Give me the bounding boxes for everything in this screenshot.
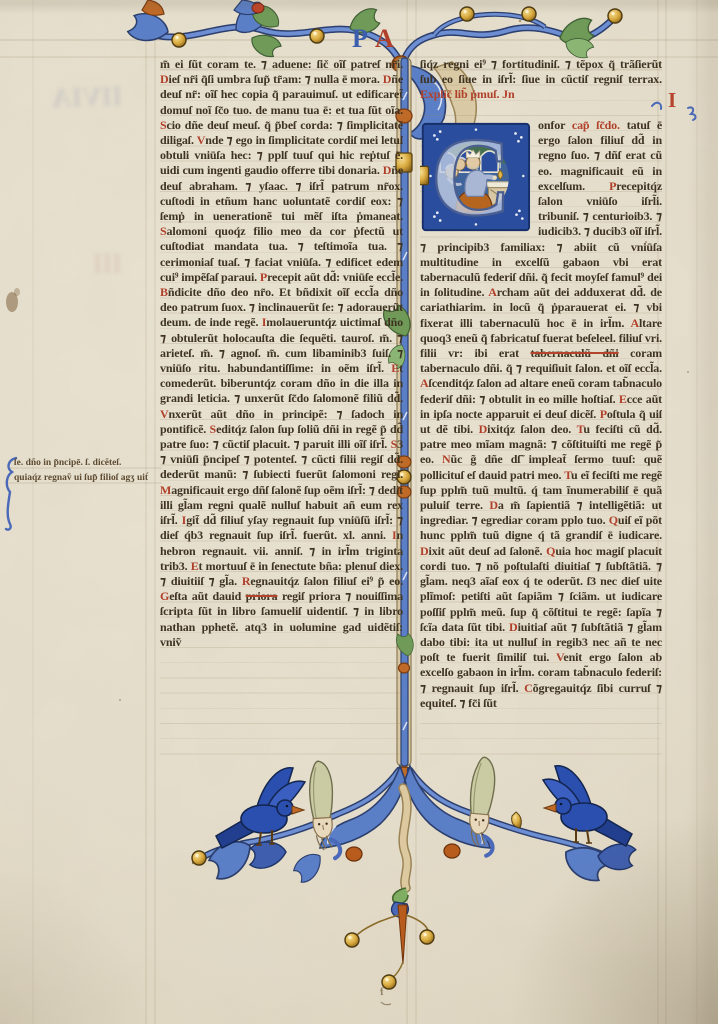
bird-icon-left — [216, 768, 305, 848]
quire-mark: f — [380, 986, 385, 998]
running-title-letter-a: A — [375, 24, 394, 54]
margin-gloss: ſe. dño in p̃ncipē. ſ. dicẽteſ. quiaq́z … — [14, 456, 162, 485]
illuminated-initial-C: C — [420, 120, 531, 234]
bottom-vine-border — [192, 756, 636, 1004]
bird-icon-right — [543, 766, 632, 846]
column-right-intro-lines: ſiq́z regni ei⁹ ⁊ fortitudiniſ. ⁊ tẽpox … — [420, 57, 662, 118]
gloss-line: quiaq́z regnaṽ ui ſup̃ filioſ agʒ uit́ — [14, 471, 162, 486]
chapter-numeral: I — [668, 88, 676, 113]
text-column-left: m̃ ei ſũt coram te. ⁊ aduene: ſič oĩſ pa… — [160, 57, 403, 757]
gloss-line: ſe. dño in p̃ncipē. ſ. dicẽteſ. — [14, 456, 162, 471]
gold-tab-icon — [420, 166, 429, 184]
column-right-body-block: C onfor cap̃ ſc̃do. tatuſ ē ergo ſalon f… — [420, 118, 662, 711]
column-left-text: m̃ ei ſũt coram te. ⁊ aduene: ſič oĩſ pa… — [160, 57, 403, 649]
initial-letter: C — [431, 116, 512, 240]
text-column-right: ſiq́z regni ei⁹ ⁊ fortitudiniſ. ⁊ tẽpox … — [420, 57, 662, 757]
running-title-letter-p: P — [352, 24, 368, 54]
manuscript-page: IIVIA IlI — [0, 0, 718, 1024]
